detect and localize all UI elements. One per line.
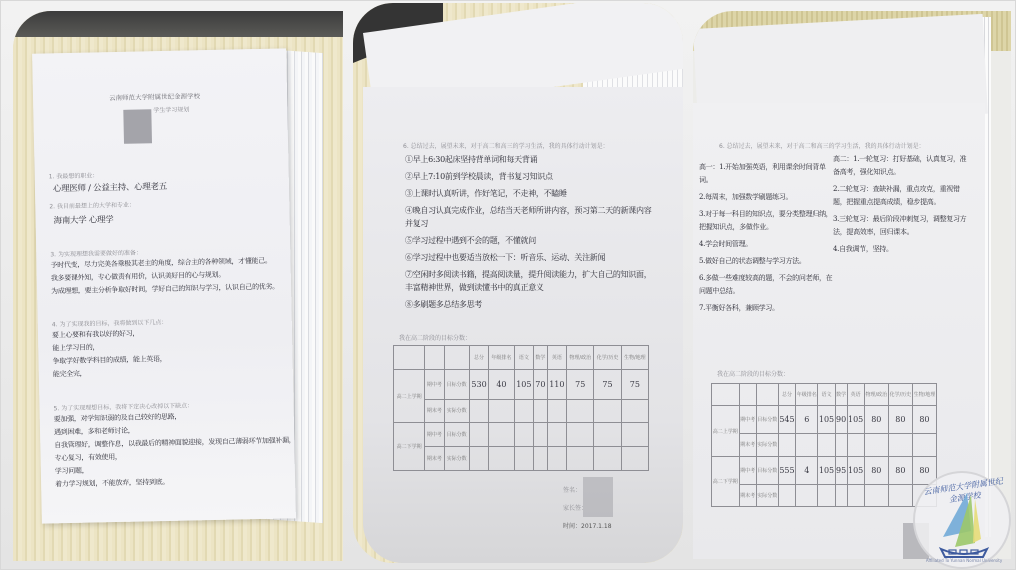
score-cell	[514, 423, 534, 447]
score-cell: 105	[847, 456, 864, 484]
score-cell: 4	[796, 456, 818, 484]
sailboat-icon	[915, 473, 1013, 570]
plan-item: 2.每周末，加强数学刷题练习。	[699, 191, 833, 204]
score-cell	[534, 399, 547, 423]
column-header: 总分	[469, 346, 489, 370]
column-header: 物理/政治	[864, 384, 888, 406]
score-cell	[489, 447, 514, 471]
score-cell	[469, 423, 489, 447]
row-label: 实际分数	[756, 434, 778, 456]
score-cell	[547, 399, 567, 423]
score-cell: 530	[469, 369, 489, 399]
plan-item: ⑥学习过程中也要适当放松一下：听音乐、运动、关注新闻	[405, 251, 655, 264]
photo-study-plan-2: 6. 总结过去，展望未来，对于高二和高三的学习生活，我的具体行动计划是： ①早上…	[353, 3, 683, 563]
plan-item: 6.多做一些难度较高的题，不会的问老师，在问题中总结。	[699, 272, 833, 298]
score-cell	[912, 434, 936, 456]
table-caption: 我在高二阶段的目标分数：	[399, 335, 471, 343]
score-cell	[547, 447, 567, 471]
dark-background	[13, 11, 343, 37]
row-label: 实际分数	[444, 447, 469, 471]
table-row: 期末考实际分数	[712, 434, 937, 456]
study-plan-sheet: 6. 总结过去，展望未来，对于高二和高三的学习生活，我的具体行动计划是： ①早上…	[363, 87, 683, 563]
column-header: 生物/地理	[912, 384, 936, 406]
student-signature-label: 签名：	[563, 487, 581, 495]
redacted-name	[123, 109, 152, 144]
term-cell: 高二下学期	[394, 423, 425, 471]
table-row: 高二下学期期中考目标分数	[394, 423, 649, 447]
score-cell: 75	[567, 369, 594, 399]
parent-signature-label: 家长签：	[563, 505, 587, 513]
score-cell: 105	[514, 369, 534, 399]
table-row: 期末考实际分数	[712, 484, 937, 506]
question-1: 1. 我最想的职业：	[49, 172, 99, 181]
term-cell: 高二上学期	[394, 369, 425, 423]
score-cell	[621, 399, 648, 423]
plan-item: 4.自我调节，坚持。	[833, 243, 973, 256]
study-plan-sheet: 云南师范大学附属世纪金源学校 学生学习规划 1. 我最想的职业： 心理医师 / …	[32, 48, 296, 523]
score-cell	[514, 399, 534, 423]
column-header: 年级排名	[489, 346, 514, 370]
form-title: 学生学习规划	[153, 106, 189, 115]
score-cell	[818, 484, 835, 506]
answer-5: 要加强，对学知识弱的及自己较好的思路， 遇到困难，多和老师讨论， 自我管理好，调…	[54, 408, 292, 491]
column-header: 英语	[547, 346, 567, 370]
score-cell: 555	[778, 456, 795, 484]
score-cell	[594, 423, 621, 447]
plan-item: ⑦空闲时多阅读书籍，提高阅读量，提升阅读能力，扩大自己的知识面，丰富精神世界，做…	[405, 268, 655, 294]
plan-left-column: 高一：1.开始加强英语，利用课余时间背单词。2.每周末，加强数学刷题练习。3.对…	[699, 161, 833, 319]
score-cell	[847, 434, 864, 456]
plan-item: ④晚自习认真完成作业，总结当天老师所讲内容，预习第二天的新课内容并复习	[405, 204, 655, 230]
score-cell	[489, 399, 514, 423]
score-cell: 80	[888, 456, 912, 484]
score-cell: 80	[864, 456, 888, 484]
row-label: 期中考	[425, 423, 444, 447]
target-score-table: 总分年级排名语文数学英语物理/政治化学/历史生物/地理高二上学期期中考目标分数5…	[393, 345, 649, 471]
seal-text-english: Affiliated To Yunnan Normal University	[921, 558, 1007, 563]
score-cell	[547, 423, 567, 447]
answer-2: 海南大学 心理学	[53, 214, 113, 228]
score-cell	[847, 484, 864, 506]
photo-study-plan-1: 云南师范大学附属世纪金源学校 学生学习规划 1. 我最想的职业： 心理医师 / …	[13, 11, 343, 561]
row-label: 期中考	[739, 406, 756, 434]
row-label: 期末考	[739, 434, 756, 456]
score-cell	[818, 434, 835, 456]
column-header: 化学/历史	[594, 346, 621, 370]
table-row: 高二上学期期中考目标分数545610590105808080	[712, 406, 937, 434]
score-cell: 80	[888, 406, 912, 434]
plan-item: ②早上7:10前到学校晨读，背书复习知识点	[405, 170, 655, 183]
term-cell: 高二上学期	[712, 406, 740, 456]
score-cell	[567, 423, 594, 447]
score-cell	[469, 399, 489, 423]
score-cell	[864, 484, 888, 506]
answer-1: 心理医师 / 公益主持、心理老五	[53, 181, 167, 196]
score-cell	[835, 434, 847, 456]
column-header: 总分	[778, 384, 795, 406]
score-cell: 95	[835, 456, 847, 484]
plan-item: 5.做好自己的状态调整与学习方法。	[699, 255, 833, 268]
score-cell: 105	[818, 406, 835, 434]
score-cell	[489, 423, 514, 447]
score-cell	[778, 484, 795, 506]
redacted-signature	[583, 477, 613, 517]
score-cell	[469, 447, 489, 471]
plan-item: 7.平衡好各科，兼顾学习。	[699, 302, 833, 315]
row-label: 期末考	[425, 399, 444, 423]
row-label: 目标分数	[444, 369, 469, 399]
row-label: 目标分数	[756, 406, 778, 434]
row-label: 期末考	[425, 447, 444, 471]
row-label: 目标分数	[756, 456, 778, 484]
score-cell	[796, 434, 818, 456]
score-cell	[888, 484, 912, 506]
score-cell	[594, 399, 621, 423]
answer-4: 要上心要和有我以好的好习， 能上学习目的， 争取学好数学科目的成绩，能上英语， …	[52, 324, 289, 381]
score-cell	[594, 447, 621, 471]
table-row: 高二下学期期中考目标分数555410595105808080	[712, 456, 937, 484]
score-cell	[835, 484, 847, 506]
plan-item: 4.学会时间管理。	[699, 238, 833, 251]
score-cell	[796, 484, 818, 506]
column-header: 生物/地理	[621, 346, 648, 370]
row-label: 期末考	[739, 484, 756, 506]
plan-prompt: 6. 总结过去，展望未来，对于高二和高三的学习生活，我的具体行动计划是：	[719, 143, 925, 151]
column-header: 化学/历史	[888, 384, 912, 406]
row-label: 实际分数	[444, 399, 469, 423]
table-row: 期末考实际分数	[394, 399, 649, 423]
score-cell	[621, 423, 648, 447]
answer-3: 予时代变，尽力完美各乘极其老主的角度，综合主的各种领域，才懂能己。 我多要课外知…	[50, 254, 287, 298]
target-score-table: 总分年级排名语文数学英语物理/政治化学/历史生物/地理高二上学期期中考目标分数5…	[711, 383, 937, 507]
score-cell	[514, 447, 534, 471]
score-cell: 545	[778, 406, 795, 434]
score-cell: 75	[621, 369, 648, 399]
score-cell	[864, 434, 888, 456]
column-header: 数学	[534, 346, 547, 370]
collage-frame: 云南师范大学附属世纪金源学校 学生学习规划 1. 我最想的职业： 心理医师 / …	[0, 0, 1016, 570]
plan-item: 3.三轮复习：最后阶段冲刺复习，调整复习方法，提高效率，回归课本。	[833, 213, 973, 239]
score-cell	[888, 434, 912, 456]
table-row: 期末考实际分数	[394, 447, 649, 471]
row-label: 目标分数	[444, 423, 469, 447]
plan-item: 2.二轮复习：查缺补漏，重点攻克，重视错题，把握重点提高成绩，稳步提高。	[833, 183, 973, 209]
table-caption: 我在高二阶段的目标分数：	[717, 371, 789, 379]
column-header: 语文	[514, 346, 534, 370]
term-cell: 高二下学期	[712, 456, 740, 506]
school-seal-logo: 云南师范大学附属世纪金源学校 Affiliated To Yunnan Norm…	[913, 471, 1011, 569]
action-plan-list: ①早上6:30起床坚持背单词和每天背诵②早上7:10前到学校晨读，背书复习知识点…	[405, 153, 655, 315]
score-cell: 80	[864, 406, 888, 434]
column-header: 语文	[818, 384, 835, 406]
score-cell	[621, 447, 648, 471]
row-label: 期中考	[425, 369, 444, 399]
score-cell	[534, 447, 547, 471]
row-label: 实际分数	[756, 484, 778, 506]
score-cell	[567, 399, 594, 423]
plan-item: 高二：1.一轮复习：打好基础，认真复习，准备高考，强化知识点。	[833, 153, 973, 179]
score-cell: 90	[835, 406, 847, 434]
score-cell: 40	[489, 369, 514, 399]
row-label: 期中考	[739, 456, 756, 484]
score-cell	[534, 423, 547, 447]
table-row: 高二上学期期中考目标分数5304010570110757575	[394, 369, 649, 399]
score-cell: 70	[534, 369, 547, 399]
score-cell: 105	[847, 406, 864, 434]
score-cell: 110	[547, 369, 567, 399]
score-cell: 6	[796, 406, 818, 434]
score-cell: 75	[594, 369, 621, 399]
plan-item: 高一：1.开始加强英语，利用课余时间背单词。	[699, 161, 833, 187]
school-title: 云南师范大学附属世纪金源学校	[109, 92, 200, 102]
plan-item: ⑤学习过程中遇到不会的题，不懂就问	[405, 234, 655, 247]
score-cell	[778, 434, 795, 456]
plan-right-column: 高二：1.一轮复习：打好基础，认真复习，准备高考，强化知识点。2.二轮复习：查缺…	[833, 153, 973, 260]
score-cell: 80	[912, 406, 936, 434]
date-label: 时间：2017.1.18	[563, 523, 612, 531]
column-header: 英语	[847, 384, 864, 406]
plan-item: ①早上6:30起床坚持背单词和每天背诵	[405, 153, 655, 166]
column-header: 数学	[835, 384, 847, 406]
column-header: 物理/政治	[567, 346, 594, 370]
plan-prompt: 6. 总结过去，展望未来，对于高二和高三的学习生活，我的具体行动计划是：	[403, 143, 609, 151]
question-2: 2. 我目前最想上的大学和专业：	[49, 202, 135, 212]
plan-item: ⑧多刷题多总结多思考	[405, 298, 655, 311]
plan-item: ③上课时认真听讲，作好笔记，不走神，不瞌睡	[405, 187, 655, 200]
score-cell	[567, 447, 594, 471]
plan-item: 3.对于每一科目的知识点，要分类整理归纳，把握知识点，多做作业。	[699, 208, 833, 234]
score-cell: 105	[818, 456, 835, 484]
column-header: 年级排名	[796, 384, 818, 406]
